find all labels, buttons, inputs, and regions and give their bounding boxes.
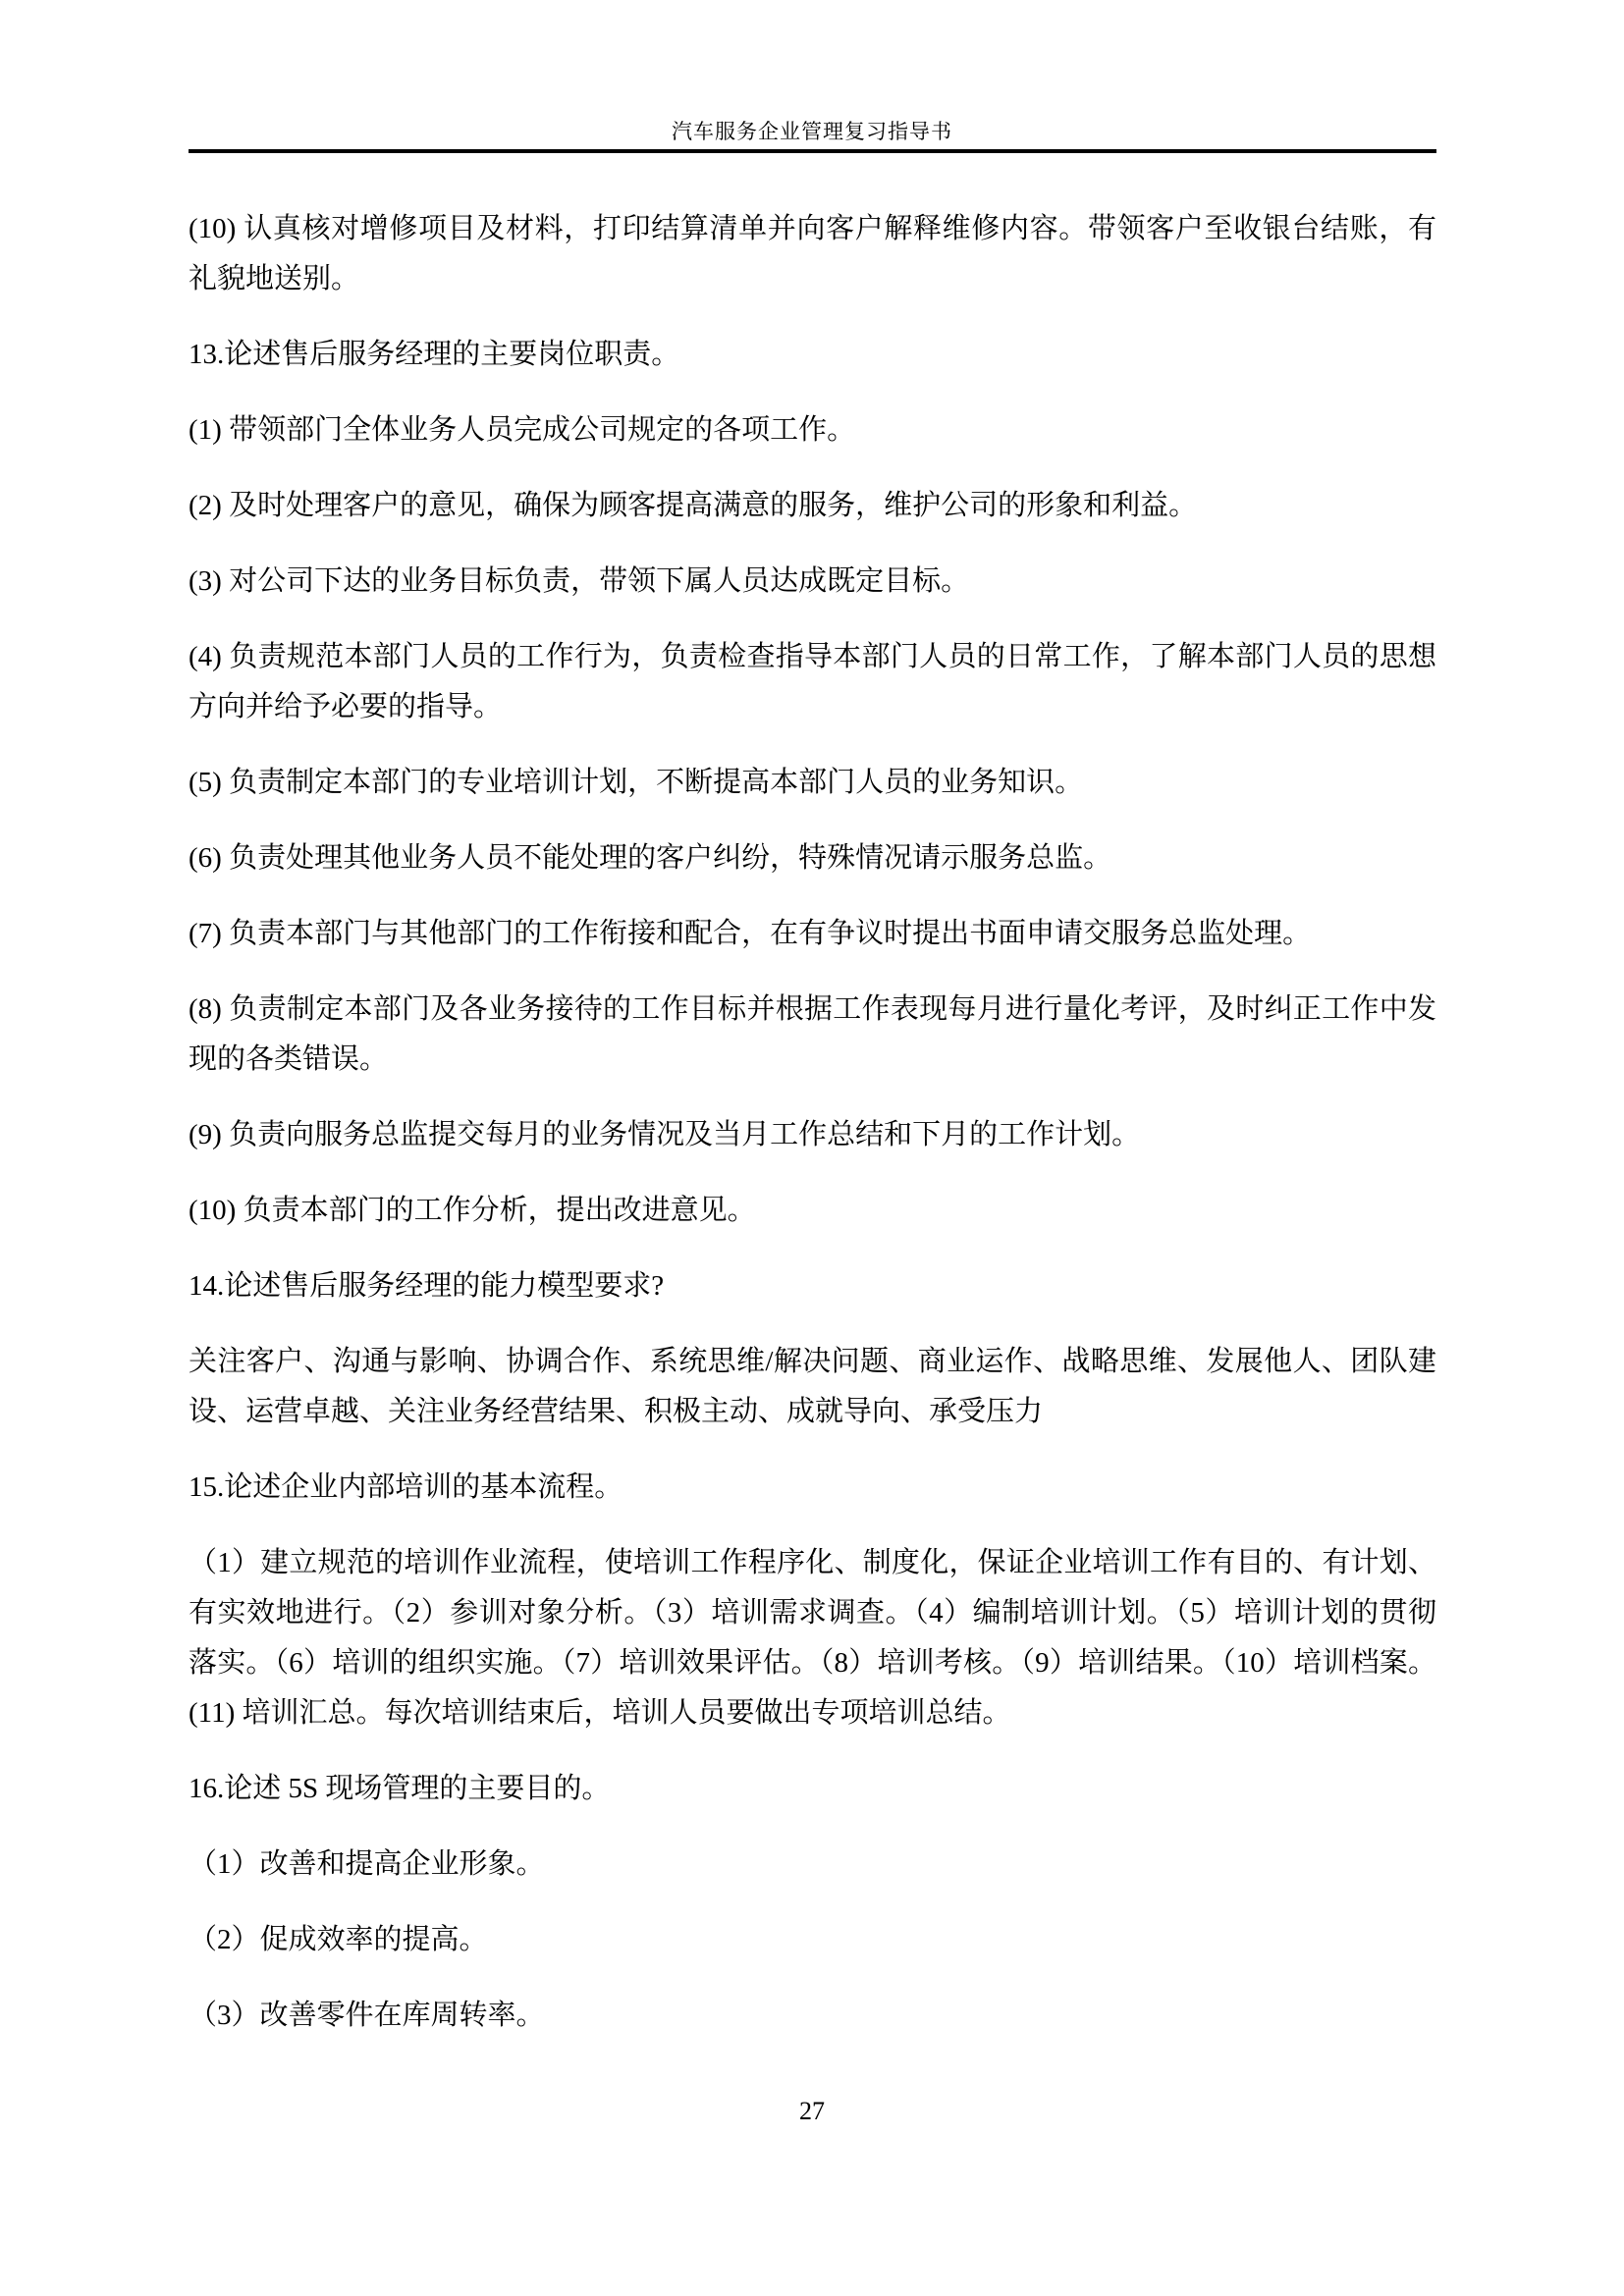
page-number: 27	[0, 2097, 1624, 2126]
q13-item-7: (7) 负责本部门与其他部门的工作衔接和配合，在有争议时提出书面申请交服务总监处…	[189, 909, 1436, 959]
q13-item-3: (3) 对公司下达的业务目标负责，带领下属人员达成既定目标。	[189, 557, 1436, 607]
q13-item-2: (2) 及时处理客户的意见，确保为顾客提高满意的服务，维护公司的形象和利益。	[189, 481, 1436, 531]
q13-item-10: (10) 负责本部门的工作分析，提出改进意见。	[189, 1186, 1436, 1236]
q13-item-5: (5) 负责制定本部门的专业培训计划，不断提高本部门人员的业务知识。	[189, 758, 1436, 808]
q13-item-6: (6) 负责处理其他业务人员不能处理的客户纠纷，特殊情况请示服务总监。	[189, 833, 1436, 883]
q14-answer: 关注客户、沟通与影响、协调合作、系统思维/解决问题、商业运作、战略思维、发展他人…	[189, 1337, 1436, 1437]
question-16-heading: 16.论述 5S 现场管理的主要目的。	[189, 1764, 1436, 1814]
q16-item-3: （3）改善零件在库周转率。	[189, 1991, 1436, 2041]
q16-item-1: （1）改善和提高企业形象。	[189, 1840, 1436, 1890]
header-rule	[189, 149, 1436, 153]
q13-item-1: (1) 带领部门全体业务人员完成公司规定的各项工作。	[189, 405, 1436, 455]
q13-item-9: (9) 负责向服务总监提交每月的业务情况及当月工作总结和下月的工作计划。	[189, 1110, 1436, 1160]
question-13-heading: 13.论述售后服务经理的主要岗位职责。	[189, 330, 1436, 380]
answer-item-10: (10) 认真核对增修项目及材料，打印结算清单并向客户解释维修内容。带领客户至收…	[189, 204, 1436, 304]
q13-item-4: (4) 负责规范本部门人员的工作行为，负责检查指导本部门人员的日常工作，了解本部…	[189, 632, 1436, 732]
question-14-heading: 14.论述售后服务经理的能力模型要求?	[189, 1261, 1436, 1311]
q16-item-2: （2）促成效率的提高。	[189, 1915, 1436, 1965]
page-header-title: 汽车服务企业管理复习指导书	[0, 119, 1624, 144]
q15-answer: （1）建立规范的培训作业流程，使培训工作程序化、制度化，保证企业培训工作有目的、…	[189, 1538, 1436, 1738]
q13-item-8: (8) 负责制定本部门及各业务接待的工作目标并根据工作表现每月进行量化考评，及时…	[189, 985, 1436, 1085]
question-15-heading: 15.论述企业内部培训的基本流程。	[189, 1463, 1436, 1513]
document-body: (10) 认真核对增修项目及材料，打印结算清单并向客户解释维修内容。带领客户至收…	[189, 204, 1436, 2066]
document-page: 汽车服务企业管理复习指导书 (10) 认真核对增修项目及材料，打印结算清单并向客…	[0, 0, 1624, 2296]
